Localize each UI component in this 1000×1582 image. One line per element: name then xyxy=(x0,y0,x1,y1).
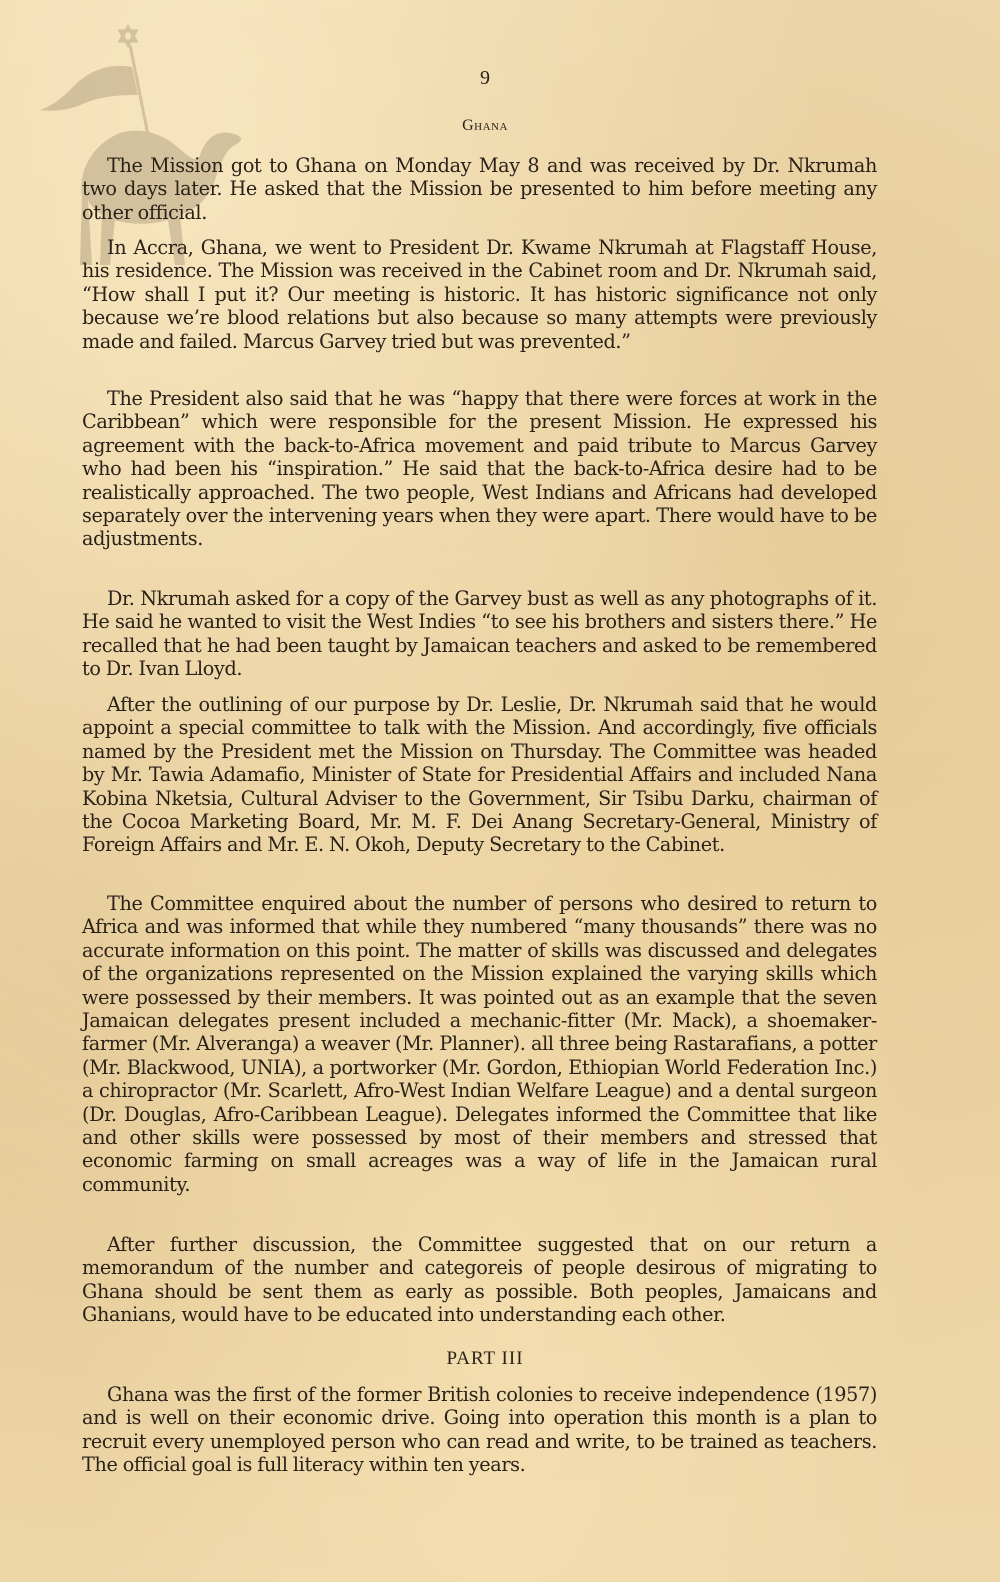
paragraph: The Mission got to Ghana on Monday May 8… xyxy=(82,154,877,224)
paragraph: After the outlining of our purpose by Dr… xyxy=(82,693,877,857)
paragraph: Ghana was the first of the former Britis… xyxy=(82,1383,877,1477)
paragraph: The Committee enquired about the number … xyxy=(82,892,877,1196)
page-number: 9 xyxy=(0,67,970,90)
section-heading-part-iii: PART III xyxy=(0,1348,970,1370)
paragraph: Dr. Nkrumah asked for a copy of the Garv… xyxy=(82,587,877,681)
paragraph: After further discussion, the Committee … xyxy=(82,1233,877,1327)
paragraph: The President also said that he was “hap… xyxy=(82,387,877,551)
paragraph: In Accra, Ghana, we went to President Dr… xyxy=(82,236,877,353)
section-heading-ghana: Ghana xyxy=(0,117,970,135)
